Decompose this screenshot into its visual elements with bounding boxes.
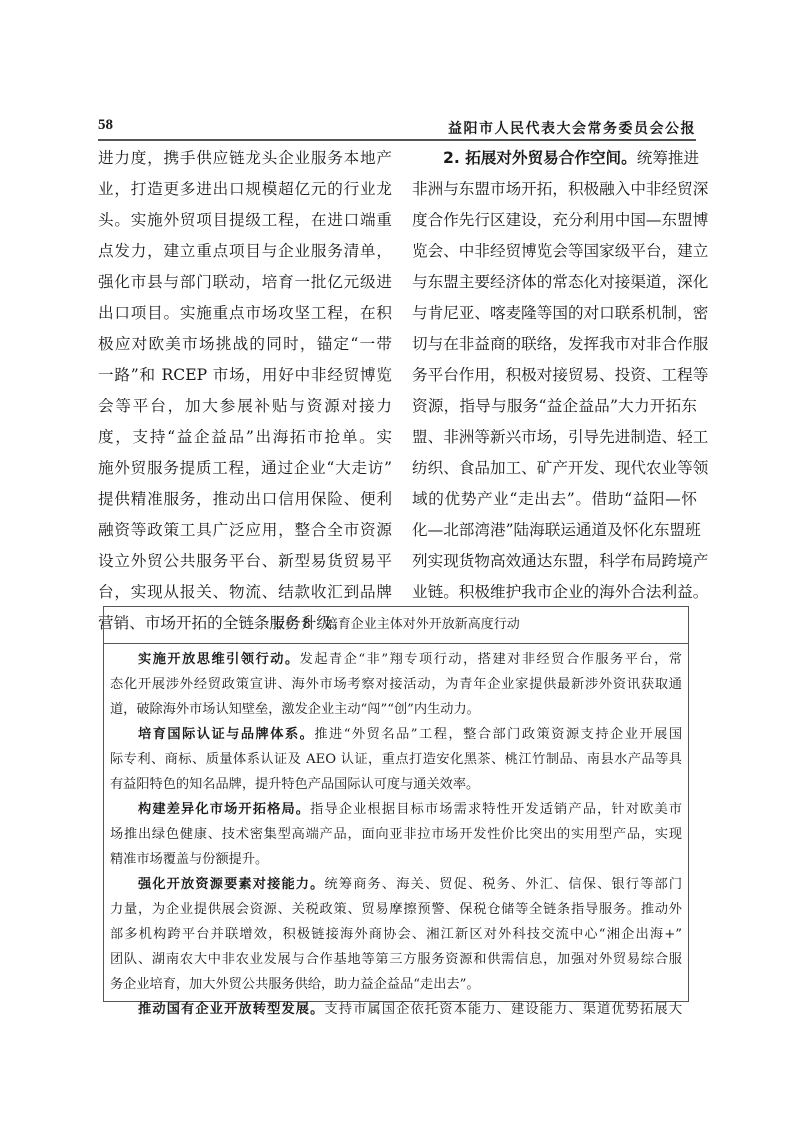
box-number: 专栏 8 [272,617,310,632]
text-line: 精准市场覆盖与份额提升。 [110,847,682,872]
box-section-heading: 构建差异化市场开拓格局。 [138,802,310,817]
text-line: 极应对欧美市场挑战的同时，锚定“一带 [98,329,392,360]
text-line: 施外贸服务提质工程，通过企业“大走访” [98,453,392,484]
text-line: 台，实现从报关、物流、结款收汇到品牌 [98,577,392,608]
box-section-heading: 培育国际认证与品牌体系。 [138,727,314,742]
header-rule [98,139,696,141]
section-heading: 2. 拓展对外贸易合作空间。 [443,149,637,167]
right-column: 2. 拓展对外贸易合作空间。统筹推进 非洲与东盟市场开拓，积极融入中非经贸深 度… [412,143,697,608]
page-header: 58 益阳市人民代表大会常务委员会公报 [98,117,696,139]
text-line: 际专利、商标、质量体系认证及 AEO 认证，重点打造安化黑茶、桃江竹制品、南县水… [110,747,682,772]
text-line: 览会、中非经贸博览会等国家级平台，建立 [412,236,697,267]
text-line: 部多机构跨平台并联增效，积极链接海外商协会、湘江新区对外科技交流中心“湘企出海+… [110,922,682,947]
left-column: 进力度，携手供应链龙头企业服务本地产 业，打造更多进出口规模超亿元的行业龙 头。… [98,143,392,639]
text-fragment: 发起青企“非”翔专项行动，搭建对非经贸合作服务平台，常 [300,652,682,667]
feature-box: 专栏 8培育企业主体对外开放新高度行动 实施开放思维引领行动。发起青企“非”翔专… [103,606,689,1002]
text-line: 团队、湖南农大中非农业发展与合作基地等第三方服务资源和供需信息，加强对外贸易综合… [110,947,682,972]
text-line: 力量，为企业提供展会资源、关税政策、贸易摩擦预警、保税仓储等全链条指导服务。推动… [110,897,682,922]
text-line: 融资等政策工具广泛应用，整合全市资源 [98,515,392,546]
text-line: 列实现货物高效通达东盟，科学布局跨境产 [412,546,697,577]
box-section-first-line: 实施开放思维引领行动。发起青企“非”翔专项行动，搭建对非经贸合作服务平台，常 [110,647,682,672]
text-line: 非洲与东盟市场开拓，积极融入中非经贸深 [412,174,697,205]
box-section-first-line: 推动国有企业开放转型发展。支持市属国企依托资本能力、建设能力、渠道优势拓展大 [110,997,682,1022]
text-line: 业链。积极维护我市企业的海外合法利益。 [412,577,697,608]
text-fragment: 支持市属国企依托资本能力、建设能力、渠道优势拓展大 [325,1002,683,1017]
text-line: 务企业培育，加大外贸公共服务供给，助力益企益品“走出去”。 [110,972,682,997]
text-line: 业，打造更多进出口规模超亿元的行业龙 [98,174,392,205]
text-line: 务平台作用，积极对接贸易、投资、工程等 [412,360,697,391]
text-line: 有益阳特色的知名品牌，提升特色产品国际认可度与通关效率。 [110,772,682,797]
text-line: 道，破除海外市场认知壁垒，激发企业主动“闯”“创”内生动力。 [110,697,682,722]
text-line: 点发力，建立重点项目与企业服务清单， [98,236,392,267]
text-line: 盟、非洲等新兴市场，引导先进制造、轻工 [412,422,697,453]
journal-title: 益阳市人民代表大会常务委员会公报 [448,118,696,138]
box-title-text: 培育企业主体对外开放新高度行动 [325,617,520,632]
section-first-line: 2. 拓展对外贸易合作空间。统筹推进 [412,143,697,174]
text-line: 态化开展涉外经贸政策宣讲、海外市场考察对接活动，为青年企业家提供最新涉外资讯获取… [110,672,682,697]
box-title: 专栏 8培育企业主体对外开放新高度行动 [104,607,688,644]
text-line: 进力度，携手供应链龙头企业服务本地产 [98,143,392,174]
text-line: 度，支持“益企益品”出海拓市抢单。实 [98,422,392,453]
text-line: 头。实施外贸项目提级工程，在进口端重 [98,205,392,236]
box-section-first-line: 构建差异化市场开拓格局。指导企业根据目标市场需求特性开发适销产品，针对欧美市 [110,797,682,822]
box-body: 实施开放思维引领行动。发起青企“非”翔专项行动，搭建对非经贸合作服务平台，常 态… [104,644,688,1022]
text-line: 与肯尼亚、喀麦隆等国的对口联系机制，密 [412,298,697,329]
text-line: 会等平台，加大参展补贴与资源对接力 [98,391,392,422]
text-line: 化—北部湾港”陆海联运通道及怀化东盟班 [412,515,697,546]
text-line: 出口项目。实施重点市场攻坚工程，在积 [98,298,392,329]
text-fragment: 统筹推进 [637,149,699,167]
text-line: 域的优势产业“走出去”。借助“益阳—怀 [412,484,697,515]
text-line: 与东盟主要经济体的常态化对接渠道，深化 [412,267,697,298]
text-line: 设立外贸公共服务平台、新型易货贸易平 [98,546,392,577]
text-fragment: 指导企业根据目标市场需求特性开发适销产品，针对欧美市 [310,802,682,817]
text-fragment: 统筹商务、海关、贸促、税务、外汇、信保、银行等部门 [325,877,683,892]
text-line: 场推出绿色健康、技术密集型高端产品，面向亚非拉市场开发性价比突出的实用型产品，实… [110,822,682,847]
text-line: 资源，指导与服务“益企益品”大力开拓东 [412,391,697,422]
box-section-heading: 推动国有企业开放转型发展。 [138,1002,325,1017]
text-line: 提供精准服务，推动出口信用保险、便利 [98,484,392,515]
text-line: 度合作先行区建设，充分利用中国—东盟博 [412,205,697,236]
text-line: 强化市县与部门联动，培育一批亿元级进 [98,267,392,298]
text-line: 切与在非益商的联络，发挥我市对非合作服 [412,329,697,360]
box-section-heading: 强化开放资源要素对接能力。 [138,877,325,892]
page-number: 58 [98,117,113,134]
text-line: 纺织、食品加工、矿产开发、现代农业等领 [412,453,697,484]
text-line: 一路”和 RCEP 市场，用好中非经贸博览 [98,360,392,391]
text-fragment: 推进“外贸名品”工程，整合部门政策资源支持企业开展国 [314,727,682,742]
box-section-heading: 实施开放思维引领行动。 [138,652,300,667]
box-section-first-line: 强化开放资源要素对接能力。统筹商务、海关、贸促、税务、外汇、信保、银行等部门 [110,872,682,897]
box-section-first-line: 培育国际认证与品牌体系。推进“外贸名品”工程，整合部门政策资源支持企业开展国 [110,722,682,747]
